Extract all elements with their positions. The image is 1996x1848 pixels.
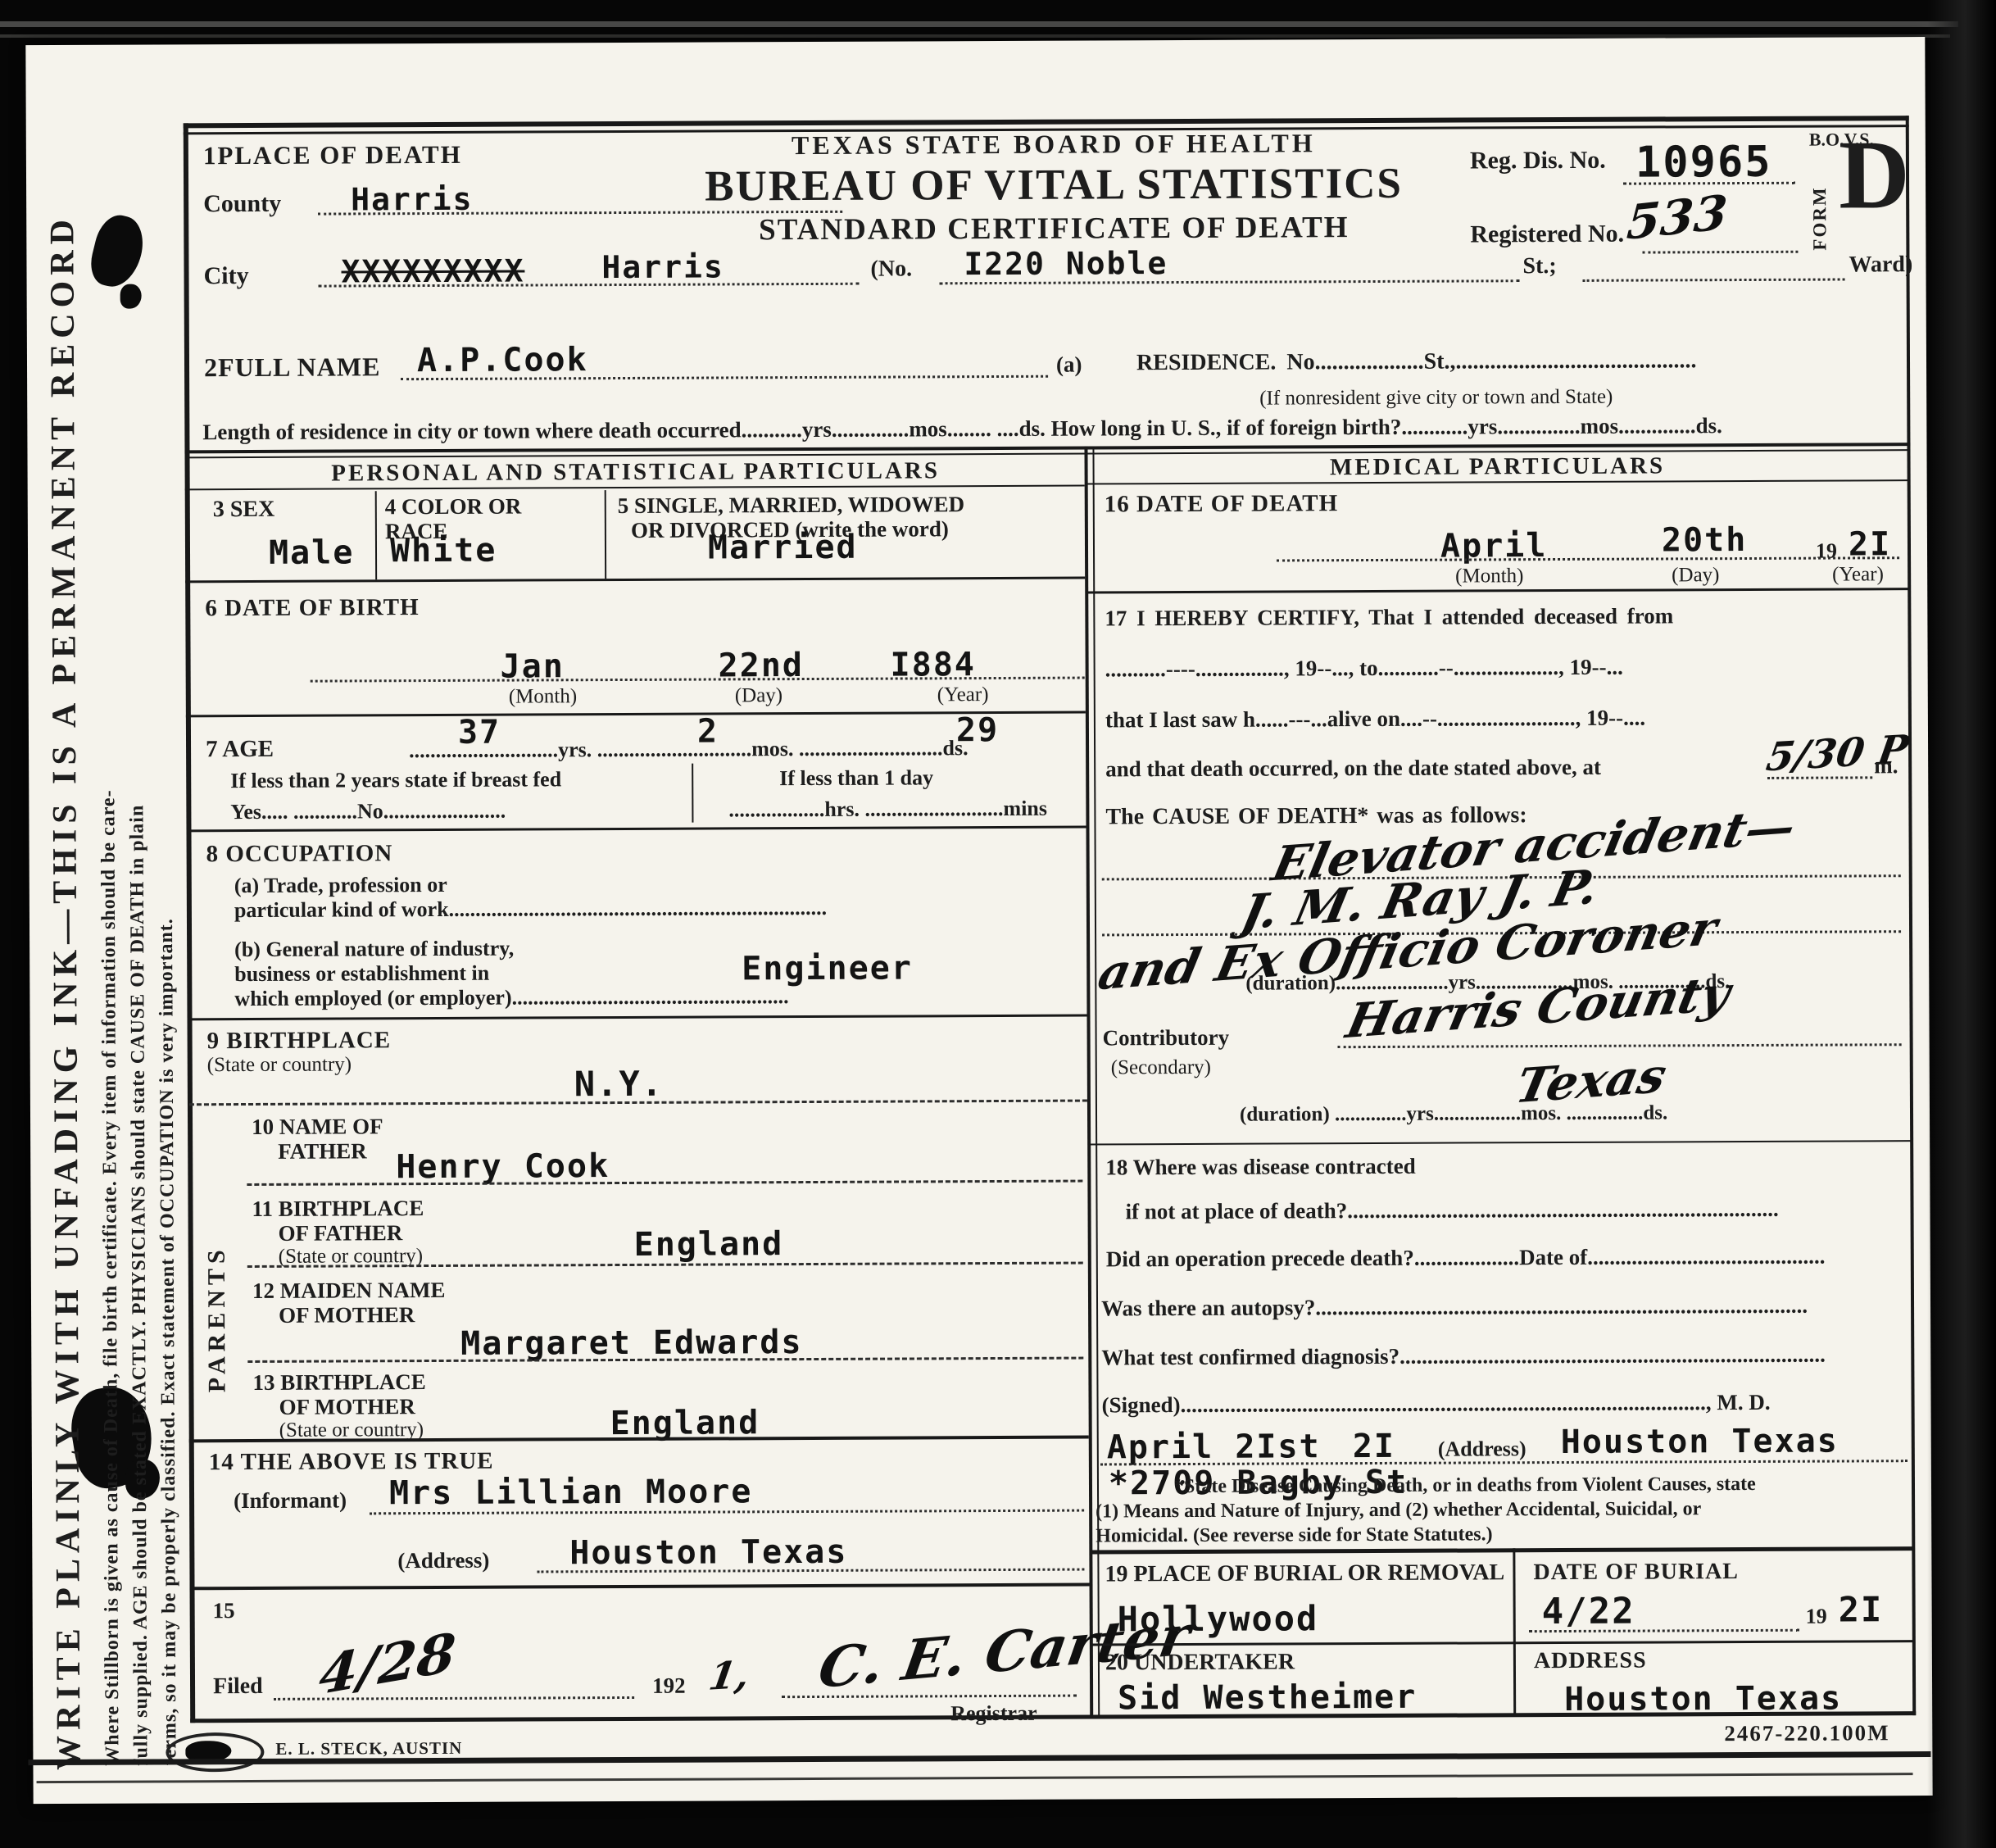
filed-label: Filed: [213, 1673, 263, 1700]
certify-line-3: that I last saw h......---...alive on...…: [1105, 706, 1645, 733]
board-title: TEXAS STATE BOARD OF HEALTH: [685, 128, 1422, 161]
registered-no-label: Registered No.: [1470, 220, 1624, 249]
informant-address-value: Houston Texas: [569, 1533, 847, 1572]
signed-address-value: Houston Texas: [1561, 1423, 1839, 1461]
city-label: City: [203, 262, 248, 290]
death-day-caption: (Day): [1672, 564, 1719, 587]
above-is-true-label: 14 THE ABOVE IS TRUE: [209, 1448, 494, 1477]
color-label-1: 4 COLOR OR: [385, 494, 522, 520]
violent-causes-footnote-3: Homicidal. (See reverse side for State S…: [1096, 1523, 1492, 1547]
burial-date-value: 4/22: [1542, 1591, 1635, 1632]
breast-fed-label: If less than 2 years state if breast fed: [230, 767, 561, 793]
house-no-label: (No.: [870, 256, 912, 282]
less-than-day-label: If less than 1 day: [779, 765, 933, 791]
registered-no-value: 533: [1625, 184, 1729, 251]
street-value: I220 Noble: [964, 245, 1168, 282]
certify-line-1: 17 I HEREBY CERTIFY, That I attended dec…: [1105, 603, 1673, 631]
paper-wrap: WRITE PLAINLY WITH UNFADING INK—THIS IS …: [0, 0, 1996, 1848]
dob-year-caption: (Year): [937, 683, 989, 706]
occupation-a-line1: (a) Trade, profession or: [234, 873, 447, 898]
certificate-title: STANDARD CERTIFICATE OF DEATH: [685, 210, 1422, 248]
ward-label: Ward): [1849, 252, 1912, 278]
margin-warning-text: WRITE PLAINLY WITH UNFADING INK—THIS IS …: [43, 164, 89, 1770]
hrs-mins-line: ..................hrs. .................…: [728, 797, 1047, 823]
breast-fed-divider: [692, 764, 693, 823]
item15-number: 15: [213, 1598, 235, 1623]
reg-dis-label: Reg. Dis. No.: [1470, 147, 1606, 175]
age-units-line: ............................yrs. .......…: [409, 736, 969, 763]
county-label: County: [203, 190, 281, 218]
occupation-label: 8 OCCUPATION: [206, 840, 393, 868]
signed-year-value: 2I: [1353, 1428, 1395, 1465]
residence-line: RESIDENCE. No...................St.,....…: [1136, 347, 1697, 376]
occupation-b-line3: which employed (or employer)............…: [234, 984, 788, 1011]
st-label: St.;: [1522, 253, 1556, 279]
printer-credit: E. L. STECK, AUSTIN: [275, 1738, 462, 1759]
color-value: White: [390, 532, 497, 570]
filed-year-printed: 192: [652, 1673, 686, 1699]
mother-birthplace-label-2: OF MOTHER: [279, 1394, 415, 1420]
occupation-b-line1: (b) General nature of industry,: [234, 937, 514, 962]
signed-address-label: (Address): [1438, 1437, 1526, 1461]
residence-a-label: (a): [1056, 352, 1082, 378]
form-word-vertical: FORM: [1809, 161, 1830, 251]
undertaker-value: Sid Westheimer: [1118, 1678, 1417, 1718]
age-label: 7 AGE: [206, 736, 274, 763]
father-name-label-2: FATHER: [278, 1138, 367, 1164]
mother-birthplace-label-1: 13 BIRTHPLACE: [252, 1369, 425, 1396]
parents-vertical-label: PARENTS: [202, 1122, 231, 1392]
informant-address-label: (Address): [397, 1548, 489, 1573]
filed-year-hand: 1,: [706, 1652, 753, 1699]
undertaker-address-value: Houston Texas: [1564, 1680, 1842, 1719]
secondary-label: (Secondary): [1111, 1056, 1211, 1080]
informant-label: (Informant): [234, 1487, 347, 1514]
occupation-b-line2: business or establishment in: [234, 961, 489, 987]
mother-name-label-2: OF MOTHER: [279, 1302, 415, 1328]
dob-month-caption: (Month): [509, 685, 577, 708]
diagnosis-test-line: What test confirmed diagnosis?..........…: [1101, 1342, 1826, 1371]
death-day-value: 20th: [1662, 521, 1748, 559]
yes-no-line: Yes..... ............No.................…: [230, 799, 506, 824]
full-name-value: A.P.Cook: [417, 341, 588, 379]
burial-year-value: 2I: [1839, 1589, 1884, 1629]
medical-section-title: MEDICAL PARTICULARS: [1088, 452, 1908, 482]
marital-label-1: 5 SINGLE, MARRIED, WIDOWED: [618, 492, 964, 519]
autopsy-line: Was there an autopsy?...................…: [1101, 1293, 1808, 1322]
violent-causes-footnote-1: *State Disease Causing Death, or in deat…: [1174, 1473, 1756, 1498]
sex-label: 3 SEX: [213, 497, 275, 523]
death-year-caption: (Year): [1832, 563, 1884, 586]
occupation-value: Engineer: [742, 949, 913, 988]
marital-value: Married: [708, 529, 858, 567]
disease-contracted-line-1: 18 Where was disease contracted: [1105, 1154, 1416, 1181]
disease-contracted-line-2: if not at place of death?...............…: [1125, 1196, 1778, 1224]
burial-place-value: Hollywood: [1118, 1598, 1319, 1639]
death-year-printed: 19: [1816, 539, 1837, 564]
undertaker-address-label: ADDRESS: [1534, 1648, 1647, 1675]
sex-value: Male: [269, 534, 355, 571]
certify-line-2: ...........----................, 19--...…: [1105, 655, 1623, 683]
certify-line-4: and that death occurred, on the date sta…: [1105, 755, 1601, 783]
death-time-dotted-line: [1767, 776, 1872, 779]
mother-name-value: Margaret Edwards: [460, 1324, 803, 1363]
death-time-suffix: m.: [1874, 753, 1898, 779]
father-birthplace-value: England: [634, 1225, 784, 1264]
reg-dis-value: 10965: [1635, 138, 1772, 188]
birthplace-sub-label: (State or country): [207, 1053, 352, 1077]
dob-day-caption: (Day): [735, 684, 783, 707]
violent-causes-footnote-2: (1) Means and Nature of Injury, and (2) …: [1096, 1498, 1701, 1523]
father-birthplace-label-2: OF FATHER: [279, 1220, 403, 1246]
father-name-label-1: 10 NAME OF: [252, 1114, 383, 1140]
place-of-death-label: 1PLACE OF DEATH: [203, 140, 462, 170]
bureau-title: BUREAU OF VITAL STATISTICS: [669, 159, 1439, 211]
form-letter: D: [1839, 125, 1910, 224]
birthplace-value: N.Y.: [574, 1064, 664, 1104]
burial-date-label: DATE OF BURIAL: [1533, 1559, 1739, 1586]
contributory-label: Contributory: [1103, 1025, 1230, 1051]
death-month-caption: (Month): [1455, 565, 1523, 588]
father-name-value: Henry Cook: [396, 1147, 610, 1186]
undertaker-label: 20 UNDERTAKER: [1105, 1649, 1295, 1676]
informant-value: Mrs Lillian Moore: [389, 1473, 753, 1512]
father-birthplace-label-1: 11 BIRTHPLACE: [252, 1196, 424, 1222]
dob-label: 6 DATE OF BIRTH: [205, 594, 419, 622]
mother-name-label-1: 12 MAIDEN NAME: [252, 1278, 446, 1304]
signed-line: (Signed)................................…: [1101, 1390, 1770, 1419]
plate-number: 2467-220.100M: [1724, 1720, 1889, 1746]
signed-date-value: April 2Ist: [1107, 1428, 1321, 1466]
date-of-death-label: 16 DATE OF DEATH: [1105, 490, 1338, 518]
operation-line: Did an operation precede death?.........…: [1106, 1244, 1826, 1273]
burial-year-printed: 19: [1806, 1605, 1827, 1629]
occupation-a-line2: particular kind of work.................…: [234, 896, 827, 923]
registrar-label: Registrar: [950, 1701, 1037, 1726]
full-name-label: 2FULL NAME: [204, 352, 381, 383]
city-value: Harris: [601, 248, 724, 285]
scan-right-edge: [1927, 0, 1996, 1848]
burial-place-label: 19 PLACE OF BURIAL OR REMOVAL: [1105, 1560, 1504, 1587]
personal-section-title: PERSONAL AND STATISTICAL PARTICULARS: [185, 457, 1086, 488]
nonresident-note: (If nonresident give city or town and St…: [1259, 386, 1613, 411]
scanned-death-certificate: WRITE PLAINLY WITH UNFADING INK—THIS IS …: [0, 0, 1996, 1848]
birthplace-label: 9 BIRTHPLACE: [207, 1027, 392, 1055]
cause-handwriting-line-5: Texas: [1511, 1047, 1672, 1114]
